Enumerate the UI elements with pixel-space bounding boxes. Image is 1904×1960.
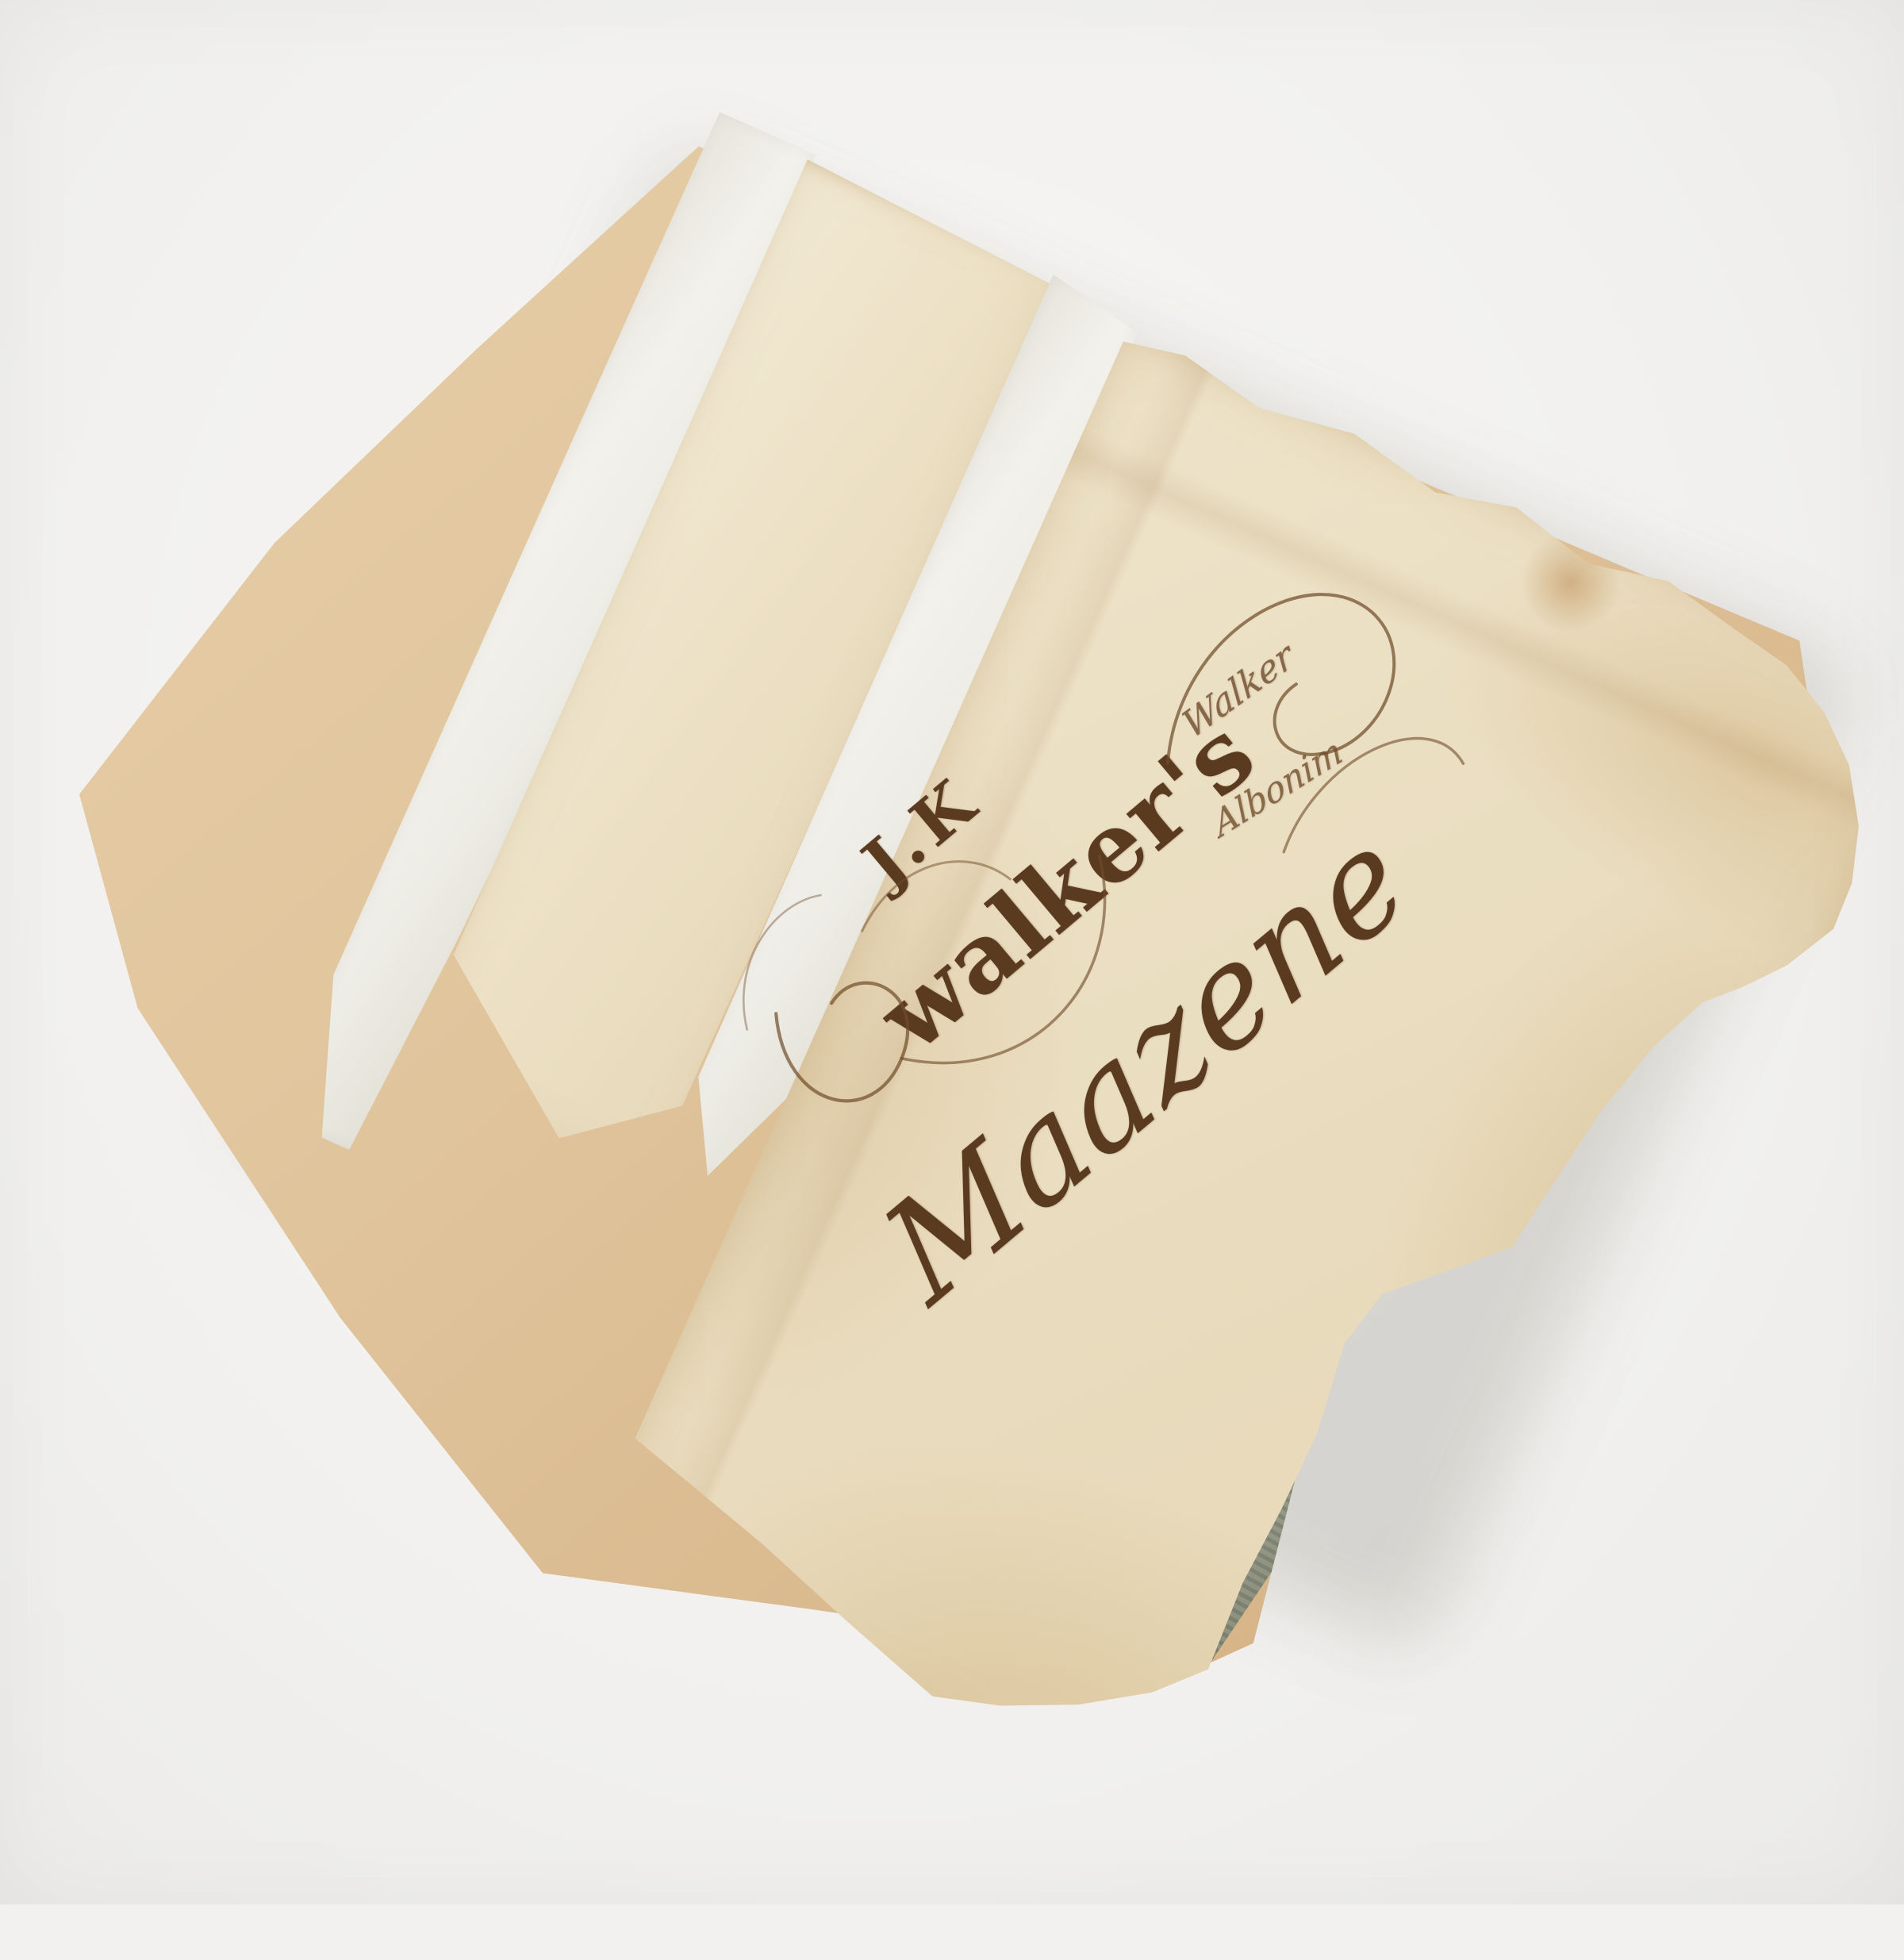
manuscript-booklet: J.K walker's Maazene Walker Albonim bbox=[298, 111, 1848, 1557]
photo-backdrop: J.K walker's Maazene Walker Albonim bbox=[0, 0, 1904, 1904]
